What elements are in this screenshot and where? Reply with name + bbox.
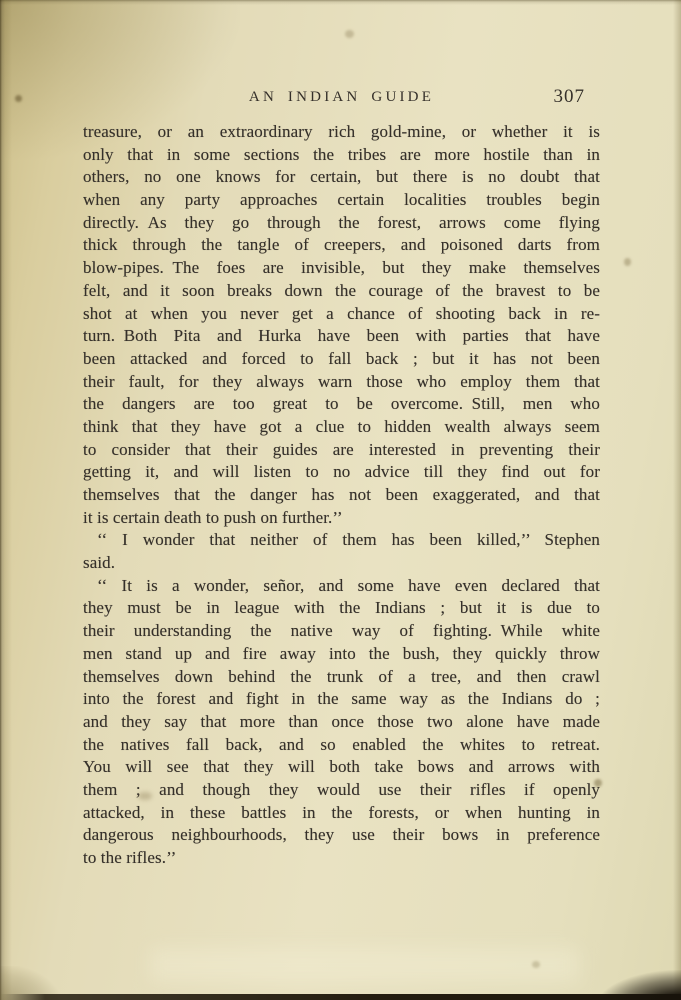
page-content: AN INDIAN GUIDE 307 treasure, or an extr…: [83, 0, 600, 870]
text-line: the natives fall back, and so enabled th…: [83, 734, 600, 757]
scan-shadow-bottom-left: [0, 966, 60, 1000]
text-line: their understanding the native way of fi…: [83, 620, 600, 643]
scan-light-band: [150, 948, 580, 982]
text-line: into the forest and fight in the same wa…: [83, 688, 600, 711]
foxing-speck: [532, 961, 540, 968]
text-line: the dangers are too great to be overcome…: [83, 393, 600, 416]
paragraph: ‘‘ I wonder that neither of them has bee…: [83, 529, 600, 574]
text-line: attacked, in these battles in the forest…: [83, 802, 600, 825]
book-page-scan: AN INDIAN GUIDE 307 treasure, or an extr…: [0, 0, 681, 1000]
text-line: blow-pipes. The foes are invisible, but …: [83, 257, 600, 280]
foxing-speck: [624, 258, 631, 266]
page-number: 307: [554, 86, 586, 108]
text-line: ‘‘ It is a wonder, señor, and some have …: [83, 575, 600, 598]
text-line: others, no one knows for certain, but th…: [83, 166, 600, 189]
text-block: treasure, or an extraordinary rich gold-…: [83, 121, 600, 870]
running-header: AN INDIAN GUIDE 307: [83, 89, 600, 106]
foxing-speck: [15, 95, 22, 102]
text-line: it is certain death to push on further.’…: [83, 507, 600, 530]
scan-shadow-bottom-right: [597, 970, 681, 1000]
text-line: they must be in league with the Indians …: [83, 597, 600, 620]
text-line: been attacked and forced to fall back ; …: [83, 348, 600, 371]
text-line: to the rifles.’’: [83, 847, 600, 870]
text-line: thick through the tangle of creepers, an…: [83, 234, 600, 257]
text-line: shot at when you never get a chance of s…: [83, 303, 600, 326]
text-line: themselves down behind the trunk of a tr…: [83, 666, 600, 689]
text-line: men stand up and fire away into the bush…: [83, 643, 600, 666]
text-line: their fault, for they always warn those …: [83, 371, 600, 394]
text-line: said.: [83, 552, 600, 575]
text-line: turn. Both Pita and Hurka have been with…: [83, 325, 600, 348]
text-line: treasure, or an extraordinary rich gold-…: [83, 121, 600, 144]
text-line: and they say that more than once those t…: [83, 711, 600, 734]
paragraph: treasure, or an extraordinary rich gold-…: [83, 121, 600, 529]
text-line: when any party approaches certain locali…: [83, 189, 600, 212]
paragraph: ‘‘ It is a wonder, señor, and some have …: [83, 575, 600, 870]
text-line: to consider that their guides are intere…: [83, 439, 600, 462]
scan-edge-right: [673, 0, 681, 1000]
text-line: only that in some sections the tribes ar…: [83, 144, 600, 167]
text-line: ‘‘ I wonder that neither of them has bee…: [83, 529, 600, 552]
page-title: AN INDIAN GUIDE: [83, 89, 600, 106]
text-line: them ; and though they would use their r…: [83, 779, 600, 802]
text-line: You will see that they will both take bo…: [83, 756, 600, 779]
text-line: getting it, and will listen to no advice…: [83, 461, 600, 484]
text-line: dangerous neighbourhoods, they use their…: [83, 824, 600, 847]
scan-edge-bottom: [0, 994, 681, 1000]
text-line: themselves that the danger has not been …: [83, 484, 600, 507]
text-line: felt, and it soon breaks down the courag…: [83, 280, 600, 303]
text-line: directly. As they go through the forest,…: [83, 212, 600, 235]
text-line: think that they have got a clue to hidde…: [83, 416, 600, 439]
scan-edge-left: [0, 0, 12, 1000]
